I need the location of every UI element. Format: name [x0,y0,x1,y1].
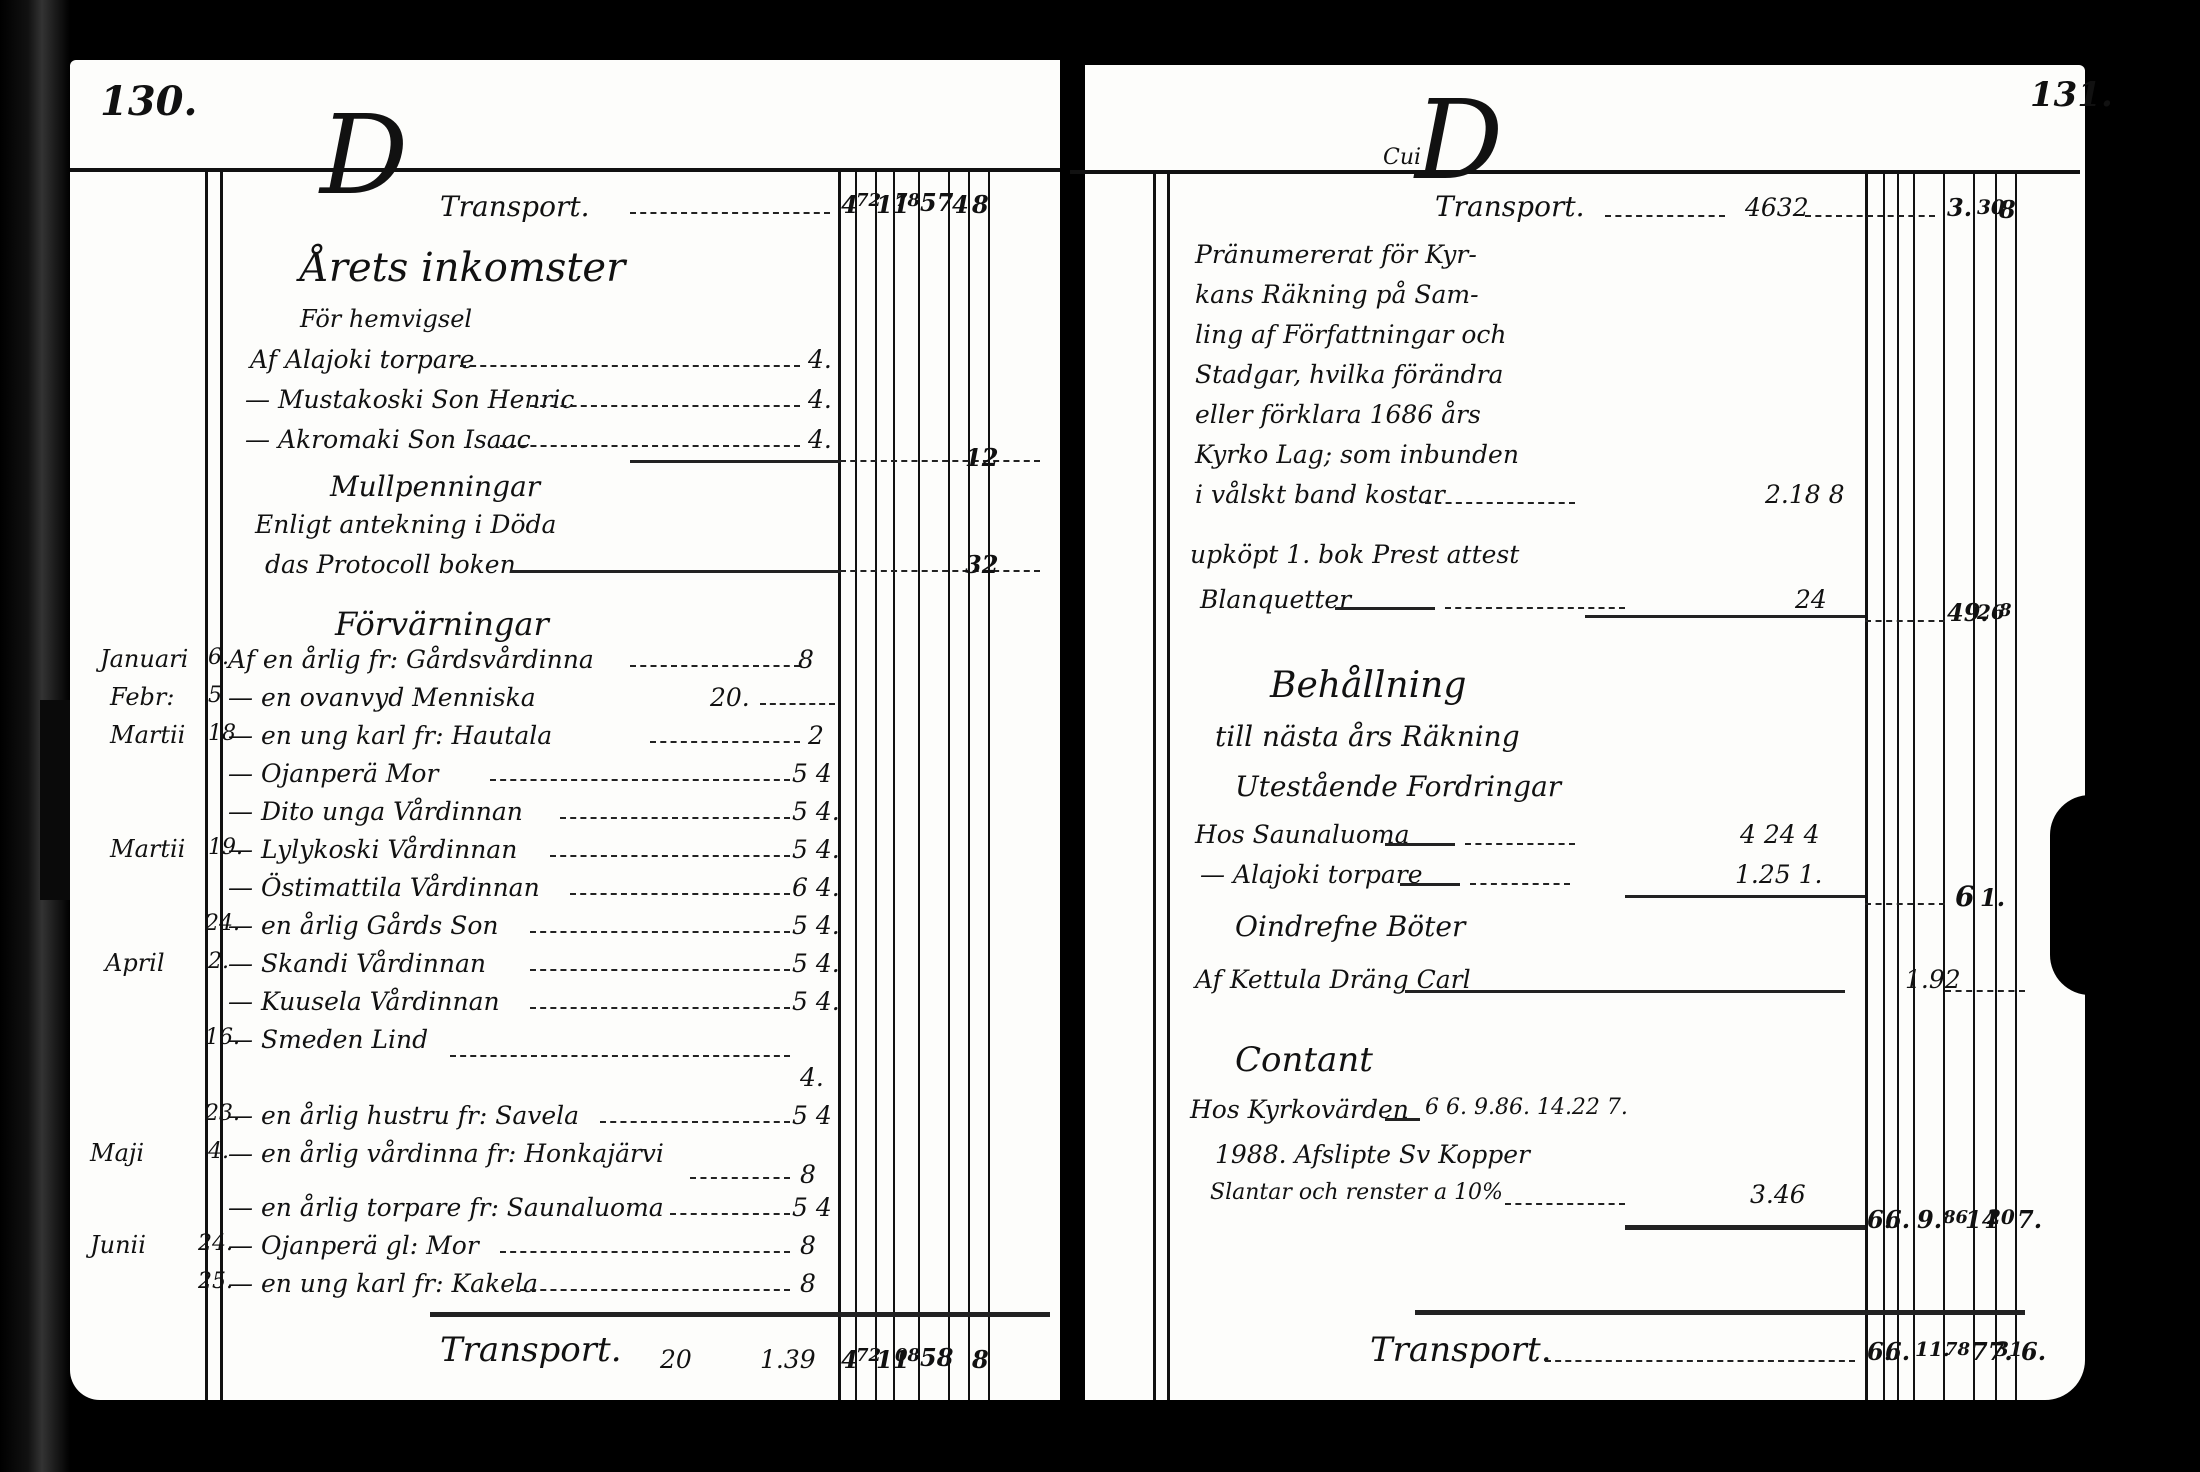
entry-month: Junii [90,1231,146,1259]
entry-text: — Dito unga Vårdinnan [228,797,523,826]
paragraph-line: ling af Författningar och [1195,320,1507,349]
entry-month: Febr: [110,683,174,711]
entry-amount: 5 4 [792,759,832,788]
column-value: 58 [920,1343,953,1372]
column-rule [948,172,950,1400]
leader-dashes [520,1289,790,1291]
entry-text: Af Alajoki torpare [250,345,474,374]
entry-text: — Ojanperä Mor [228,759,438,788]
column-value: 8 [1999,600,2012,621]
entry-amount: 8 [800,1231,816,1260]
column-rule [918,172,920,1400]
entry-amount: 8 [800,1160,816,1189]
column-value: 57 [920,188,953,217]
group-title: Oindrefne Böter [1235,910,1465,943]
entry-text: — Akromaki Son Isaac [245,425,531,454]
leader-dashes [530,405,800,407]
column-value: 6. [1885,1205,1910,1234]
group-title: Mullpenningar [330,470,540,503]
transport-out-label: Transport. [440,1330,622,1370]
entry-month: Martii [110,721,185,749]
entry-text: — Lylykoski Vårdinnan [228,835,517,864]
entry-amount: 5 4. [792,835,840,864]
entry-text: — en årlig torpare fr: Saunaluoma [228,1193,664,1222]
group-title: Utestående Fordringar [1235,770,1561,803]
entry-text: Slantar och renster a 10% [1210,1180,1503,1205]
column-value: 8 [972,1345,989,1374]
entry-amount: 6 6. 9.86. 14.22 7. [1425,1095,1628,1120]
leader-dashes [530,1007,790,1009]
entry-day: 6. [208,645,229,670]
left-page: 130. D Transport. 4 72 11 78 57 4 8 Året… [70,60,1070,1400]
leader-dashes [1865,903,1945,905]
entry-text: Enligt antekning i Döda [255,510,556,539]
leader-dashes [760,703,835,705]
paragraph-line: Pränumererat för Kyr- [1195,240,1477,269]
paragraph-amount: 24 [1795,585,1827,614]
entry-amount: 8 [800,1269,816,1298]
group-title: Förvärningar [335,605,549,643]
entry-amount: 6 4. [792,873,840,902]
paragraph-line: eller förklara 1686 års [1195,400,1481,429]
leader-line [1335,607,1435,610]
leader-dashes [1425,502,1575,504]
month-column-rule [205,172,208,1400]
leader-dashes [1865,620,1945,622]
leader-dashes [530,969,790,971]
entry-month: Martii [110,835,185,863]
paragraph-amount: 2.18 8 [1765,480,1845,509]
leader-dashes [450,1055,790,1057]
column-value: 6. [2021,1337,2046,1366]
leader-dashes [500,1251,790,1253]
subtotal-rule [630,460,840,463]
transport-in-label: Transport. [440,190,589,223]
column-rule [968,172,970,1400]
column-value: 6 [1955,880,1974,913]
leader-dashes [650,741,800,743]
entry-amount: 8 [798,645,814,674]
transport-in-amount: 4632 [1745,193,1809,222]
leader-dashes [1505,1203,1625,1205]
leader-dashes [570,893,790,895]
group-subtotal: 32 [965,550,998,579]
entry-amount: 5 4. [792,987,840,1016]
entry-amount: 1.25 1. [1735,860,1822,889]
entry-month: Maji [90,1139,144,1167]
transport-out-label: Transport. [1370,1330,1552,1370]
entry-day: 5 [208,683,222,708]
leader-dashes [1945,990,2025,992]
entry-text: — en ung karl fr: Hautala [228,721,552,750]
entry-amount: 5 4. [792,797,840,826]
header-flourish-left: D [320,100,408,210]
leader-line [1385,843,1455,846]
leader-dashes [1445,607,1625,609]
column-value: 9. [1917,1205,1942,1234]
entry-text: 1988. Afslipte Sv Kopper [1215,1140,1530,1169]
leader-dashes [630,665,800,667]
entry-text: — Kuusela Vårdinnan [228,987,500,1016]
entry-text: — Skandi Vårdinnan [228,949,486,978]
leader-dashes [490,779,790,781]
leader-dashes [460,365,800,367]
margin-rule [1167,174,1170,1400]
leader-dashes [690,1177,790,1179]
paragraph-line: Blanquetter [1200,585,1351,614]
entry-amount: 4 24 4 [1740,820,1820,849]
subtotal-rule [1625,1225,1865,1230]
entry-amount: 4. [800,1063,824,1092]
leader-dashes [1805,215,1935,217]
entry-text: — Alajoki torpare [1200,860,1423,889]
leader-dashes [840,570,1040,572]
entry-amount-col1: 20. [710,683,750,712]
scan-thumb-occlusion [2050,795,2200,995]
column-value: 6. [1885,1337,1910,1366]
transport-out-col1: 20 [660,1345,692,1374]
column-value: 78 [1945,1339,1970,1360]
entry-text: — Smeden Lind [228,1025,428,1054]
entry-text: — Ojanperä gl: Mor [228,1231,479,1260]
column-value: 20 [1987,1205,2015,1229]
column-value: 78 [895,190,920,211]
leader-dashes [530,931,790,933]
total-rule [430,1312,1050,1317]
transport-in-label: Transport. [1435,190,1584,223]
column-value: 08 [895,1345,920,1366]
column-value: 7. [2017,1205,2042,1234]
column-value: 3. [1947,193,1972,222]
column-rule [988,172,990,1400]
entry-text: Hos Kyrkovärden [1190,1095,1409,1124]
leader-line [1385,1118,1420,1121]
paragraph-line: upköpt 1. bok Prest attest [1190,540,1519,569]
leader-dashes [550,855,790,857]
leader-dashes [600,1121,790,1123]
section-subtitle: till nästa års Räkning [1215,720,1520,753]
group-subtotal: 12 [965,443,998,472]
leader-dashes [840,460,1040,462]
group-title: Contant [1235,1040,1373,1080]
subtotal-rule [1585,615,1865,618]
leader-dashes [1605,215,1725,217]
transport-out-col2: 1.39 [760,1345,816,1374]
leader-dashes [1545,1360,1855,1362]
entry-text: — Östimattila Vårdinnan [228,873,540,902]
entry-text: Hos Saunaluoma [1195,820,1410,849]
column-rule [855,172,857,1400]
paragraph-line: Kyrko Lag; som inbunden [1195,440,1519,469]
leader-line [1405,990,1845,993]
entry-month: Januari [100,645,188,673]
subtotal-rule [1625,895,1865,898]
column-rule [893,172,895,1400]
column-value: 8 [1999,195,2016,224]
entry-amount: 5 4 [792,1193,832,1222]
entry-text: — en årlig vårdinna fr: Honkajärvi [228,1139,664,1168]
leader-dashes [670,1213,790,1215]
header-flourish-right: D [1415,85,1503,195]
section-title: Årets inkomster [300,245,625,291]
entry-amount: 5 4. [792,911,840,940]
column-value: 4 [952,190,969,219]
leader-dashes [500,445,800,447]
right-page: 131. Cui D Transport. 4632 3. 30 8 Pränu… [1085,65,2085,1400]
leader-dashes [630,212,830,214]
leader-line [1400,883,1460,886]
total-rule [1415,1310,2025,1315]
entry-amount: 2 [808,721,824,750]
entry-amount: 4. [808,345,832,374]
entry-text: — en ovanvyd Menniska [228,683,536,712]
entry-day: 2. [208,949,229,974]
entry-amount: 4. [808,425,832,454]
entry-month: April [105,949,165,977]
header-rule [1070,170,2080,174]
column-value: 1. [1980,883,2005,912]
entry-amount: 5 4. [792,949,840,978]
page-number-left: 130. [100,78,197,125]
entry-text: das Protocoll boken [265,550,516,579]
leader-dashes [1470,883,1570,885]
page-number-right: 131. [2030,75,2113,115]
paragraph-line: kans Räkning på Sam- [1195,280,1479,309]
column-rule [1913,174,1915,1400]
section-title: Behållning [1270,665,1466,706]
paragraph-line: i vålskt band kostar [1195,480,1445,509]
margin-rule [1153,174,1156,1400]
leader-dashes [1465,843,1575,845]
day-column-rule [220,172,223,1400]
subtotal-rule [510,570,840,573]
entry-amount: 4. [808,385,832,414]
entry-text: — Mustakoski Son Henric [245,385,574,414]
entry-text: — en årlig hustru fr: Savela [228,1101,579,1130]
column-rule [875,172,877,1400]
entry-text: — en årlig Gårds Son [228,911,498,940]
amount-column-rule [838,172,841,1400]
group-title: För hemvigsel [300,305,472,333]
entry-amount: 3.46 [1750,1180,1806,1209]
column-value: 8 [972,190,989,219]
paragraph-line: Stadgar, hvilka förändra [1195,360,1503,389]
column-value: 31 [1995,1337,2023,1361]
entry-text: — en ung karl fr: Kakela [228,1269,538,1298]
entry-amount: 5 4 [792,1101,832,1130]
entry-text: Af en årlig fr: Gårdsvårdinna [228,645,594,674]
leader-dashes [560,817,790,819]
entry-day: 4. [208,1139,229,1164]
